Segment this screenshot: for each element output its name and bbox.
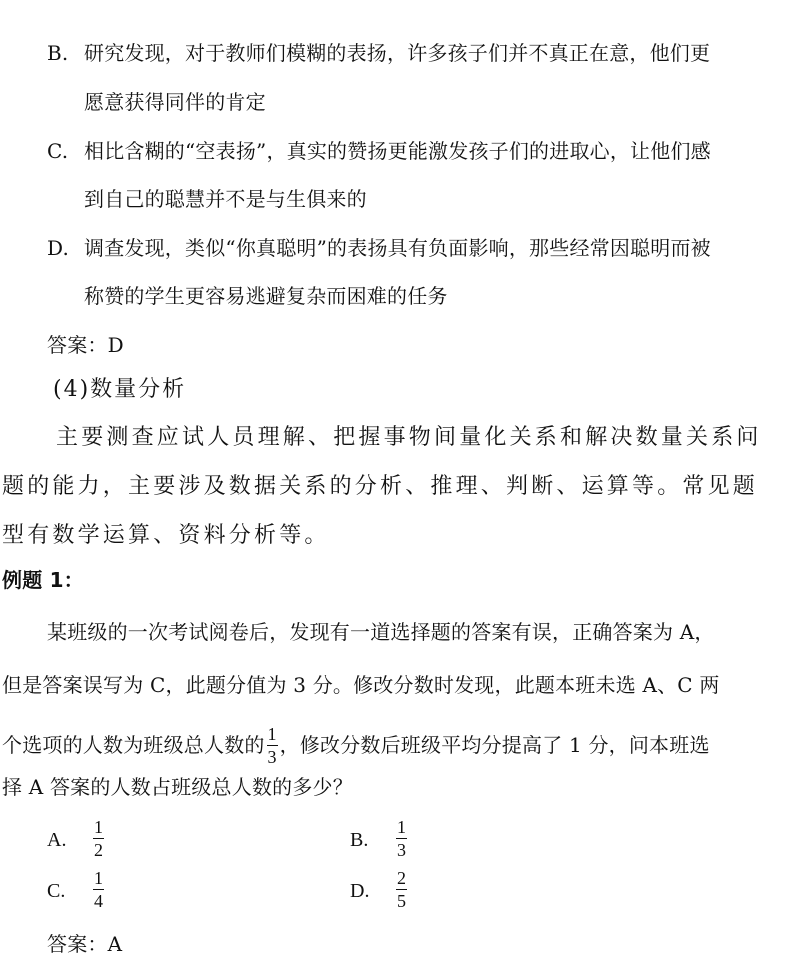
section-title: (4)数量分析 <box>53 378 186 402</box>
option-fraction: 1 2 <box>93 817 104 860</box>
stem-line3-before: 个选项的人数为班级总人数的 <box>2 733 265 757</box>
option-fraction: 1 3 <box>396 817 407 860</box>
option-c-text-line1: 相比含糊的“空表扬”，真实的赞扬更能激发孩子们的进取心，让他们感 <box>84 139 711 163</box>
fraction-denominator: 5 <box>397 891 406 911</box>
fraction-one-third: 1 3 <box>267 724 278 767</box>
option-c-text-line2: 到自己的聪慧并不是与生俱来的 <box>84 187 367 211</box>
option-fraction: 2 5 <box>396 868 407 911</box>
fraction-numerator: 1 <box>94 868 103 888</box>
fraction-numerator: 1 <box>397 817 406 837</box>
option-d-text-line2: 称赞的学生更容易逃避复杂而困难的任务 <box>84 284 448 308</box>
fraction-numerator: 1 <box>268 724 277 744</box>
example-answer: 答案：A <box>47 932 122 956</box>
option-b-text-line2: 愿意获得同伴的肯定 <box>84 90 266 114</box>
fraction-denominator: 2 <box>94 840 103 860</box>
fraction-denominator: 3 <box>268 747 277 767</box>
option-b-label: B. <box>47 41 68 65</box>
example-stem-line4: 择 A 答案的人数占班级总人数的多少？ <box>2 775 353 799</box>
option-fraction: 1 4 <box>93 868 104 911</box>
option-label: C. <box>47 880 65 903</box>
option-d-text-line1: 调查发现，类似“你真聪明”的表扬具有负面影响，那些经常因聪明而被 <box>84 236 711 260</box>
option-label: D. <box>350 880 369 903</box>
section-description-line3: 型有数学运算、资料分析等。 <box>2 524 330 548</box>
example-stem-line2: 但是答案误写为 C，此题分值为 3 分。修改分数时发现，此题本班未选 A、C 两 <box>2 673 720 697</box>
option-d-label: D. <box>47 236 69 260</box>
stem-line3-after: ，修改分数后班级平均分提高了 1 分，问本班选 <box>280 733 710 757</box>
example-stem-line3: 个选项的人数为班级总人数的 1 3 ，修改分数后班级平均分提高了 1 分，问本班… <box>2 722 710 767</box>
fraction-bar <box>93 889 104 890</box>
fraction-bar <box>93 838 104 839</box>
example-stem-line1: 某班级的一次考试阅卷后，发现有一道选择题的答案有误，正确答案为 A， <box>47 620 715 644</box>
option-label: A. <box>47 829 66 852</box>
fraction-bar <box>267 745 278 746</box>
example-title: 例题 1： <box>2 568 84 592</box>
section-description-line1: 主要测查应试人员理解、把握事物间量化关系和解决数量关系问 <box>56 426 762 450</box>
fraction-numerator: 1 <box>94 817 103 837</box>
fraction-denominator: 3 <box>397 840 406 860</box>
prev-answer: 答案：D <box>47 333 124 357</box>
option-label: B. <box>350 829 368 852</box>
fraction-denominator: 4 <box>94 891 103 911</box>
fraction-numerator: 2 <box>397 868 406 888</box>
fraction-bar <box>396 889 407 890</box>
section-description-line2: 题的能力，主要涉及数据关系的分析、推理、判断、运算等。常见题 <box>2 475 758 499</box>
option-c-label: C. <box>47 139 68 163</box>
option-b-text-line1: 研究发现，对于教师们模糊的表扬，许多孩子们并不真正在意，他们更 <box>84 41 710 65</box>
fraction-bar <box>396 838 407 839</box>
